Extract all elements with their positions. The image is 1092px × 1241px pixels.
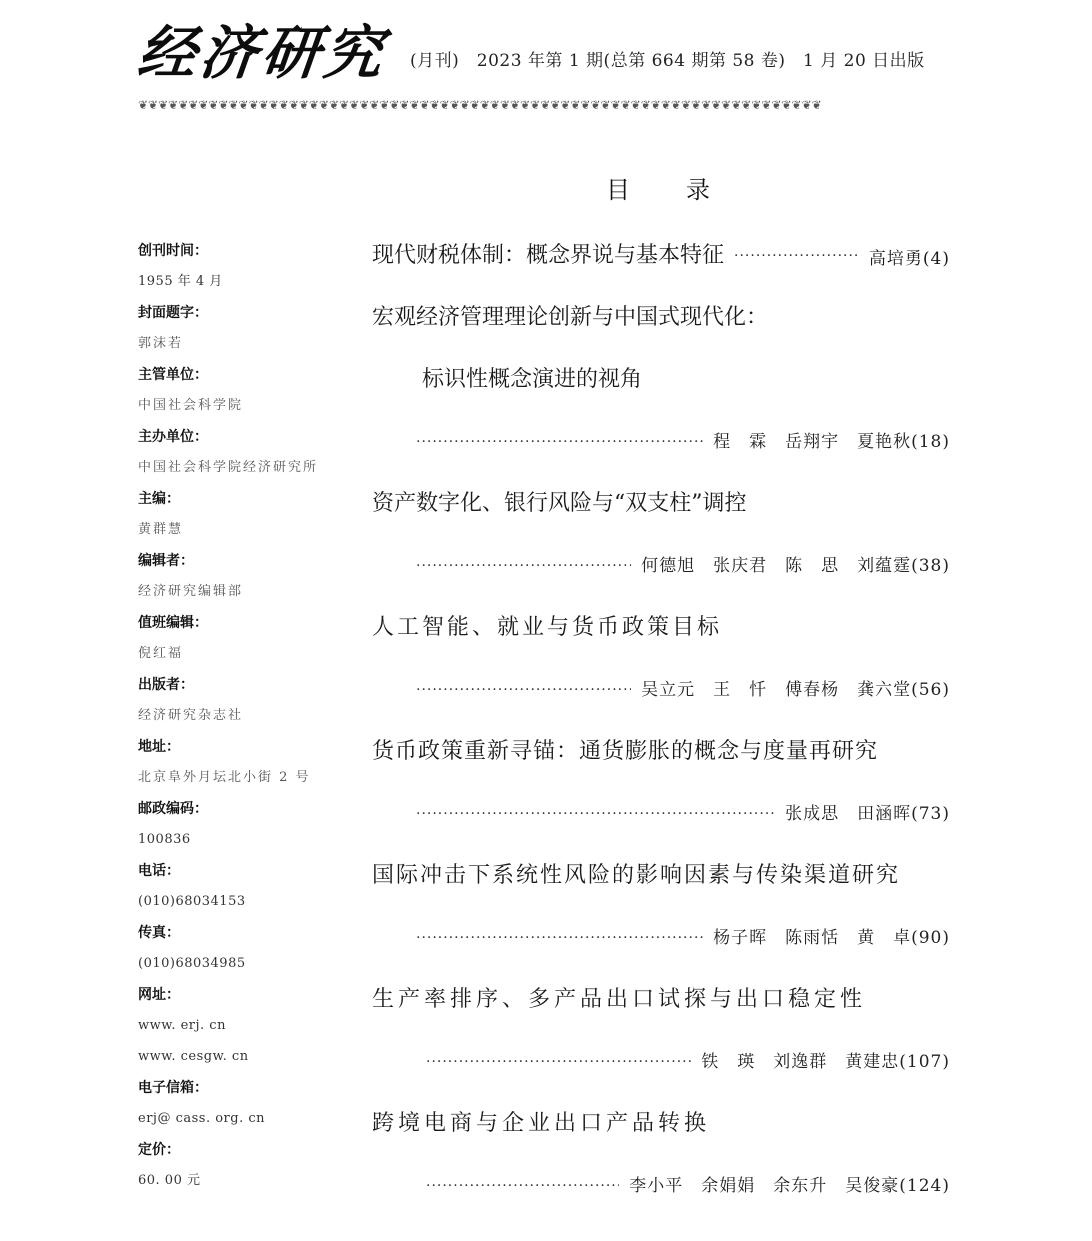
article-authors: 程 霖 岳翔宇 夏艳秋(18) — [713, 422, 950, 462]
issue-info: (月刊) 2023 年第 1 期(总第 664 期第 58 卷) 1 月 20 … — [410, 46, 925, 71]
email-link[interactable]: erj@ cass. org. cn — [138, 1108, 358, 1139]
duty-editor-value: 倪红福 — [138, 643, 358, 674]
leader-dots: ········································… — [416, 918, 703, 958]
phone-value: (010)68034153 — [138, 891, 358, 922]
founded-label: 创刊时间： — [138, 240, 358, 271]
toc-title: 目录 — [606, 170, 766, 205]
cover-calligraphy-value: 郭沫若 — [138, 333, 358, 364]
leader-dots: ········································… — [734, 248, 859, 264]
authors-line: ········································… — [372, 670, 950, 710]
authors-line: ········································… — [372, 1166, 950, 1206]
address-label: 地址： — [138, 736, 358, 767]
article-authors: 张成思 田涵晖(73) — [785, 794, 950, 834]
article-authors: 何德旭 张庆君 陈 思 刘蕴霆(38) — [641, 546, 950, 586]
journal-info-sidebar: 创刊时间： 1955 年 4 月 封面题字： 郭沫若 主管单位： 中国社会科学院… — [138, 240, 358, 1201]
publisher-label: 出版者： — [138, 674, 358, 705]
editor-value: 经济研究编辑部 — [138, 581, 358, 612]
leader-dots: ········································… — [426, 1166, 619, 1206]
article-title[interactable]: 跨境电商与企业出口产品转换 — [372, 1104, 950, 1144]
journal-logo: 经济研究 — [134, 18, 389, 88]
article-title[interactable]: 货币政策重新寻锚：通货膨胀的概念与度量再研究 — [372, 732, 950, 772]
article-title[interactable]: 宏观经济管理理论创新与中国式现代化： — [372, 298, 950, 338]
authors-line: ········································… — [372, 1042, 950, 1082]
article-title[interactable]: 生产率排序、多产品出口试探与出口稳定性 — [372, 980, 950, 1020]
leader-dots: ········································… — [426, 1042, 691, 1082]
postcode-label: 邮政编码： — [138, 798, 358, 829]
article-authors: 杨子晖 陈雨恬 黄 卓(90) — [713, 918, 950, 958]
authors-line: ········································… — [372, 794, 950, 834]
editor-in-chief-value: 黄群慧 — [138, 519, 358, 550]
article-authors: 铁 瑛 刘逸群 黄建忠(107) — [701, 1042, 950, 1082]
article-subtitle[interactable]: 标识性概念演进的视角 — [372, 360, 950, 400]
article-title[interactable]: 现代财税体制：概念界说与基本特征 — [372, 236, 724, 276]
leader-dots: ········································… — [416, 670, 631, 710]
leader-dots: ········································… — [416, 422, 703, 462]
toc-entry[interactable]: 宏观经济管理理论创新与中国式现代化： 标识性概念演进的视角 ··········… — [372, 298, 950, 462]
editor-in-chief-label: 主编： — [138, 488, 358, 519]
cover-calligraphy-label: 封面题字： — [138, 302, 358, 333]
toc-entry[interactable]: 资产数字化、银行风险与“双支柱”调控 ·····················… — [372, 484, 950, 586]
website-link-cesgw[interactable]: www. cesgw. cn — [138, 1046, 358, 1077]
article-authors: 高培勇(4) — [869, 244, 950, 269]
toc-entry[interactable]: 生产率排序、多产品出口试探与出口稳定性 ····················… — [372, 980, 950, 1082]
toc-entry[interactable]: 人工智能、就业与货币政策目标 ·························… — [372, 608, 950, 710]
leader-dots: ········································… — [416, 794, 775, 834]
duty-editor-label: 值班编辑： — [138, 612, 358, 643]
authors-line: ········································… — [372, 918, 950, 958]
postcode-value: 100836 — [138, 829, 358, 860]
phone-label: 电话： — [138, 860, 358, 891]
fax-label: 传真： — [138, 922, 358, 953]
table-of-contents: 现代财税体制：概念界说与基本特征 ·······················… — [372, 236, 950, 1206]
fax-value: (010)68034985 — [138, 953, 358, 984]
ornament-divider: ❦❦❦❦❦❦❦❦❦❦❦❦❦❦❦❦❦❦❦❦❦❦❦❦❦❦❦❦❦❦❦❦❦❦❦❦❦❦❦❦… — [138, 98, 950, 112]
supervisor-label: 主管单位： — [138, 364, 358, 395]
address-value: 北京阜外月坛北小街 2 号 — [138, 767, 358, 798]
toc-entry[interactable]: 跨境电商与企业出口产品转换 ··························… — [372, 1104, 950, 1206]
article-title[interactable]: 国际冲击下系统性风险的影响因素与传染渠道研究 — [372, 856, 950, 896]
sponsor-label: 主办单位： — [138, 426, 358, 457]
sponsor-value: 中国社会科学院经济研究所 — [138, 457, 358, 488]
article-title[interactable]: 人工智能、就业与货币政策目标 — [372, 608, 950, 648]
article-authors: 李小平 余娟娟 余东升 吴俊豪(124) — [629, 1166, 950, 1206]
email-label: 电子信箱： — [138, 1077, 358, 1108]
authors-line: ········································… — [372, 422, 950, 462]
publisher-value: 经济研究杂志社 — [138, 705, 358, 736]
price-value: 60. 00 元 — [138, 1170, 358, 1201]
toc-entry[interactable]: 现代财税体制：概念界说与基本特征 ·······················… — [372, 236, 950, 276]
supervisor-value: 中国社会科学院 — [138, 395, 358, 426]
website-link-erj[interactable]: www. erj. cn — [138, 1015, 358, 1046]
leader-dots: ········································… — [416, 546, 631, 586]
toc-entry[interactable]: 货币政策重新寻锚：通货膨胀的概念与度量再研究 ·················… — [372, 732, 950, 834]
article-authors: 吴立元 王 忏 傅春杨 龚六堂(56) — [641, 670, 950, 710]
masthead: 经济研究 (月刊) 2023 年第 1 期(总第 664 期第 58 卷) 1 … — [138, 18, 950, 88]
authors-line: ········································… — [372, 546, 950, 586]
price-label: 定价： — [138, 1139, 358, 1170]
article-title[interactable]: 资产数字化、银行风险与“双支柱”调控 — [372, 484, 950, 524]
website-label: 网址： — [138, 984, 358, 1015]
founded-value: 1955 年 4 月 — [138, 271, 358, 302]
toc-entry[interactable]: 国际冲击下系统性风险的影响因素与传染渠道研究 ·················… — [372, 856, 950, 958]
editor-label: 编辑者： — [138, 550, 358, 581]
